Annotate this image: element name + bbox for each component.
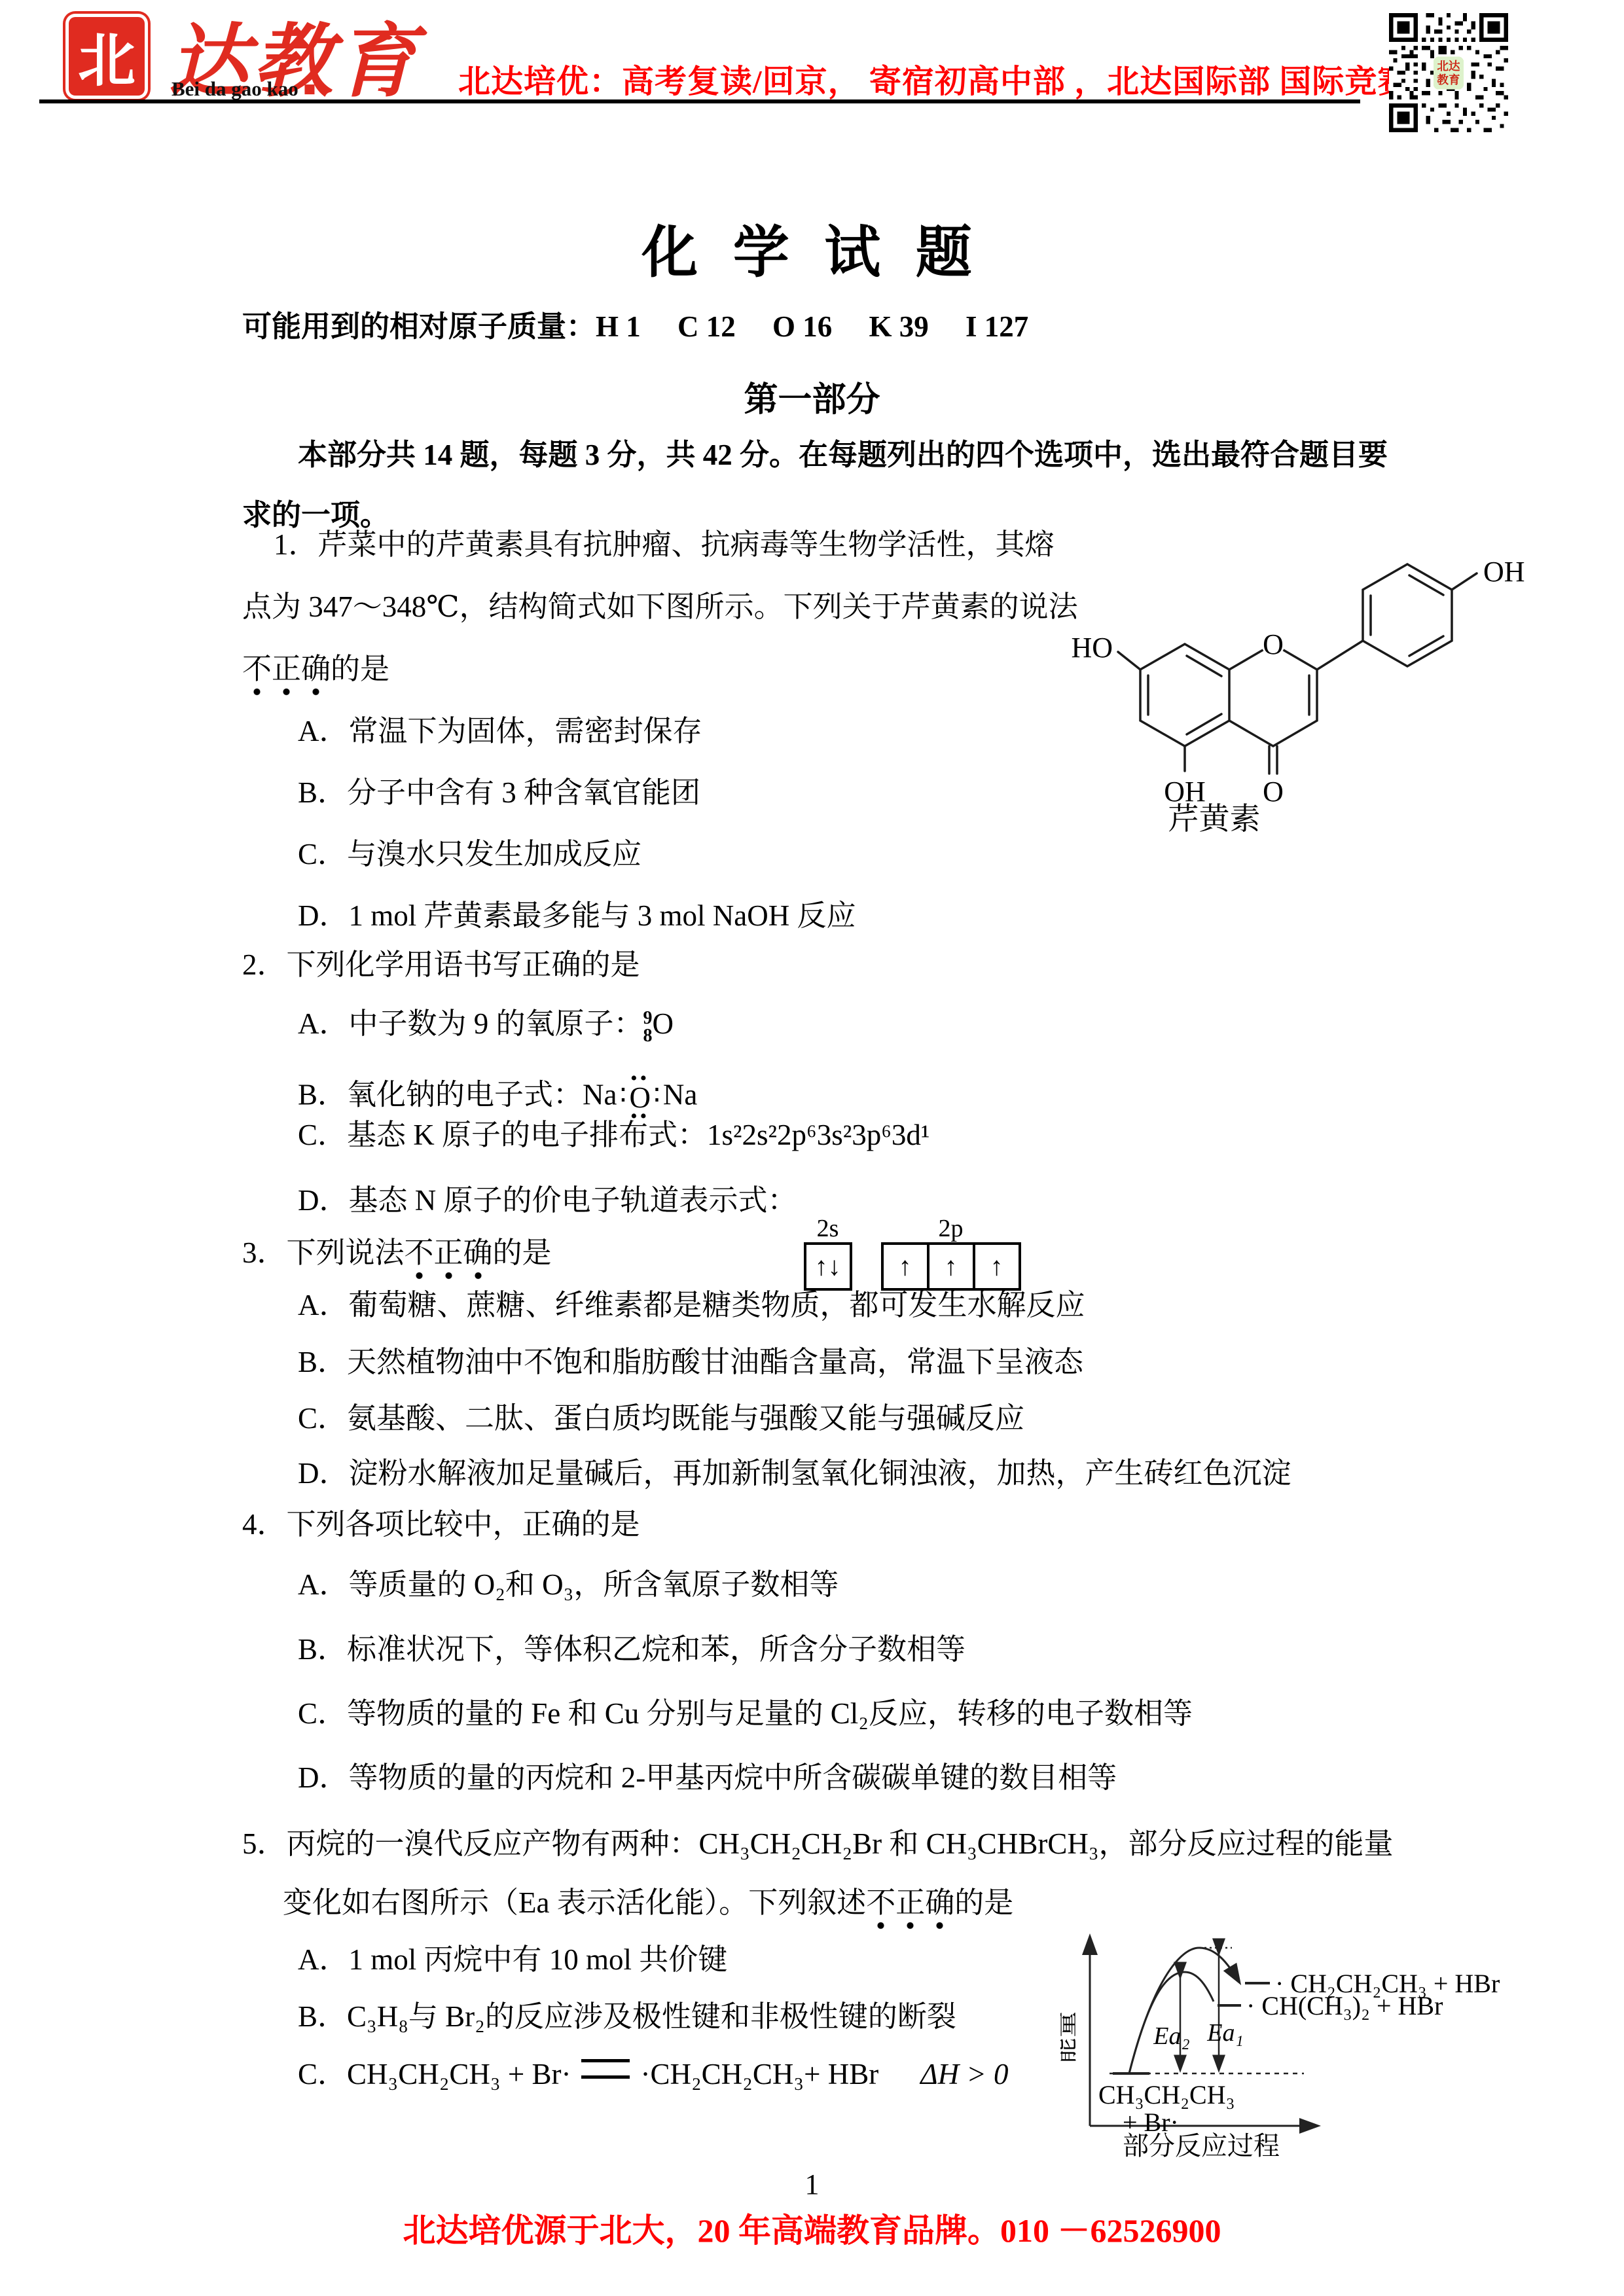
q2-option-a: A．中子数为 9 的氧原子：98O: [298, 1005, 674, 1045]
q2-stem: 2．下列化学用语书写正确的是: [242, 946, 640, 984]
q2-option-b: B．氧化钠的电子式：Na∶••O••∶Na: [298, 1073, 697, 1122]
q3-emphasis: 不正确: [405, 1236, 493, 1281]
orbital-box-2p3: ↑: [973, 1242, 1021, 1291]
q1-stem-line3: 不正确的是: [242, 650, 389, 688]
orbital-box-2p2: ↑: [927, 1242, 975, 1291]
q2-option-c: C．基态 K 原子的电子排布式：1s²2s²2p⁶3s²3p⁶3d¹: [298, 1116, 929, 1154]
ea1-label: Ea₁: [1206, 2019, 1243, 2047]
oh-phenyl-label: OH: [1483, 558, 1525, 588]
q5-stem-line2: 变化如右图所示（Ea 表示活化能）。下列叙述不正确的是: [283, 1884, 1013, 1922]
q4-option-c: C．等物质的量的 Fe 和 Cu 分别与足量的 Cl₂反应，转移的电子数相等: [298, 1695, 1193, 1732]
apigenin-structure-figure: O HO OH O OH 芹黄素: [1060, 558, 1571, 839]
logo-seal-icon: 北: [69, 17, 145, 96]
logo-subtitle: Bei da gao kao ■: [171, 77, 316, 101]
page-title: 化 学 试 题: [0, 207, 1624, 288]
ring-oxygen-label: O: [1263, 628, 1284, 660]
qr-center-text-1: 北达: [1437, 60, 1460, 73]
q1-option-b: B．分子中含有 3 种含氧官能团: [298, 774, 700, 812]
q4-stem: 4．下列各项比较中，正确的是: [242, 1505, 640, 1543]
energy-profile-figure: 能量 部分反应过程 CH₃CH₂CH₃ + Br· · CH₂CH₂CH₃ + …: [1060, 1910, 1591, 2162]
reaction-equals-sign: [581, 2059, 630, 2079]
orbital-box-2s: ↑↓: [804, 1242, 852, 1291]
q3-option-a: A．葡萄糖、蔗糖、纤维素都是糖类物质，都可发生水解反应: [298, 1286, 1085, 1324]
q5-option-b: B．C₃H₈与 Br₂的反应涉及极性键和非极性键的断裂: [298, 1998, 956, 2036]
q5-stem-line1: 5．丙烷的一溴代反应产物有两种：CH₃CH₂CH₂Br 和 CH₃CHBrCH₃…: [242, 1825, 1394, 1863]
q1-stem-line2: 点为 347～348℃，结构简式如下图所示。下列关于芹黄素的说法: [242, 588, 1078, 626]
q4-option-d: D．等物质的量的丙烷和 2-甲基丙烷中所含碳碳单键的数目相等: [298, 1759, 1117, 1797]
q3-option-d: D．淀粉水解液加足量碱后，再加新制氢氧化铜浊液，加热，产生砖红色沉淀: [298, 1454, 1291, 1492]
q3-option-c: C．氨基酸、二肽、蛋白质均既能与强酸又能与强碱反应: [298, 1399, 1024, 1437]
q1-option-a: A．常温下为固体，需密封保存: [298, 712, 702, 750]
page-number: 1: [0, 2168, 1624, 2201]
footer-slogan: 北达培优源于北大，20 年高端教育品牌。010 －62526900: [0, 2204, 1624, 2251]
enthalpy-note: ΔH > 0: [920, 2058, 1008, 2090]
header-slogan: 北达培优：高考复读/回京， 寄宿初高中部 ，北达国际部 国际竞赛部: [458, 56, 1443, 102]
q3-option-b: B．天然植物油中不饱和脂肪酸甘油酯含量高，常温下呈液态: [298, 1343, 1083, 1381]
part1-heading: 第一部分: [0, 372, 1624, 421]
orbital-diagram: 2s↑↓2p↑↑↑: [804, 1215, 1021, 1291]
part1-intro-line1: 本部分共 14 题，每题 3 分，共 42 分。在每题列出的四个选项中，选出最符…: [298, 436, 1388, 474]
orbital-2p-group: 2p↑↑↑: [881, 1215, 1021, 1291]
q1-option-d: D．1 mol 芹黄素最多能与 3 mol NaOH 反应: [298, 897, 856, 935]
qr-code-icon: 北达 教育: [1382, 13, 1515, 132]
ho-label: HO: [1071, 632, 1113, 664]
atomic-masses-line: 可能用到的相对原子质量：H 1 C 12 O 16 K 39 I 127: [242, 308, 1028, 346]
isotope-notation: 98: [643, 1009, 653, 1045]
q5-emphasis: 不正确: [866, 1886, 954, 1931]
q4-option-a: A．等质量的 O₂和 O₃，所含氧原子数相等: [298, 1566, 839, 1604]
q1-emphasis: 不正确: [242, 653, 331, 697]
reactant-label-line1: CH₃CH₂CH₃: [1098, 2080, 1235, 2109]
q4-option-b: B．标准状况下，等体积乙烷和苯，所含分子数相等: [298, 1630, 965, 1668]
logo-red-square-icon: ■: [304, 77, 316, 100]
logo-seal-char: 北: [78, 15, 135, 98]
q5-option-a: A．1 mol 丙烷中有 10 mol 共价键: [298, 1941, 727, 1979]
ea2-label: Ea₂: [1153, 2022, 1189, 2050]
electron-dot-oxygen: ••O••: [629, 1073, 651, 1122]
reactant-label-line2: + Br·: [1123, 2108, 1179, 2137]
orbital-2s-group: 2s↑↓: [804, 1215, 852, 1291]
q5-option-c: C．CH₃CH₂CH₃ + Br··CH₂CH₂CH₃+ HBrΔH > 0: [298, 2055, 1008, 2093]
qr-center-text-2: 教育: [1437, 73, 1460, 86]
exam-page: 北 达教育 Bei da gao kao ■ 北达培优：高考复读/回京， 寄宿初…: [0, 0, 1624, 2296]
orbital-box-2p1: ↑: [881, 1242, 929, 1291]
header-rule: [39, 99, 1360, 103]
structure-caption: 芹黄素: [1168, 802, 1261, 836]
q1-option-c: C．与溴水只发生加成反应: [298, 835, 641, 873]
product2-label: · CH(CH₃)₂ + HBr: [1246, 1991, 1443, 2020]
q3-stem: 3．下列说法不正确的是: [242, 1234, 552, 1272]
energy-y-axis-label: 能量: [1060, 2011, 1079, 2064]
carbonyl-o-label: O: [1263, 776, 1284, 808]
q1-stem-line1: 1．芹菜中的芹黄素具有抗肿瘤、抗病毒等生物学活性，其熔: [274, 526, 1055, 564]
